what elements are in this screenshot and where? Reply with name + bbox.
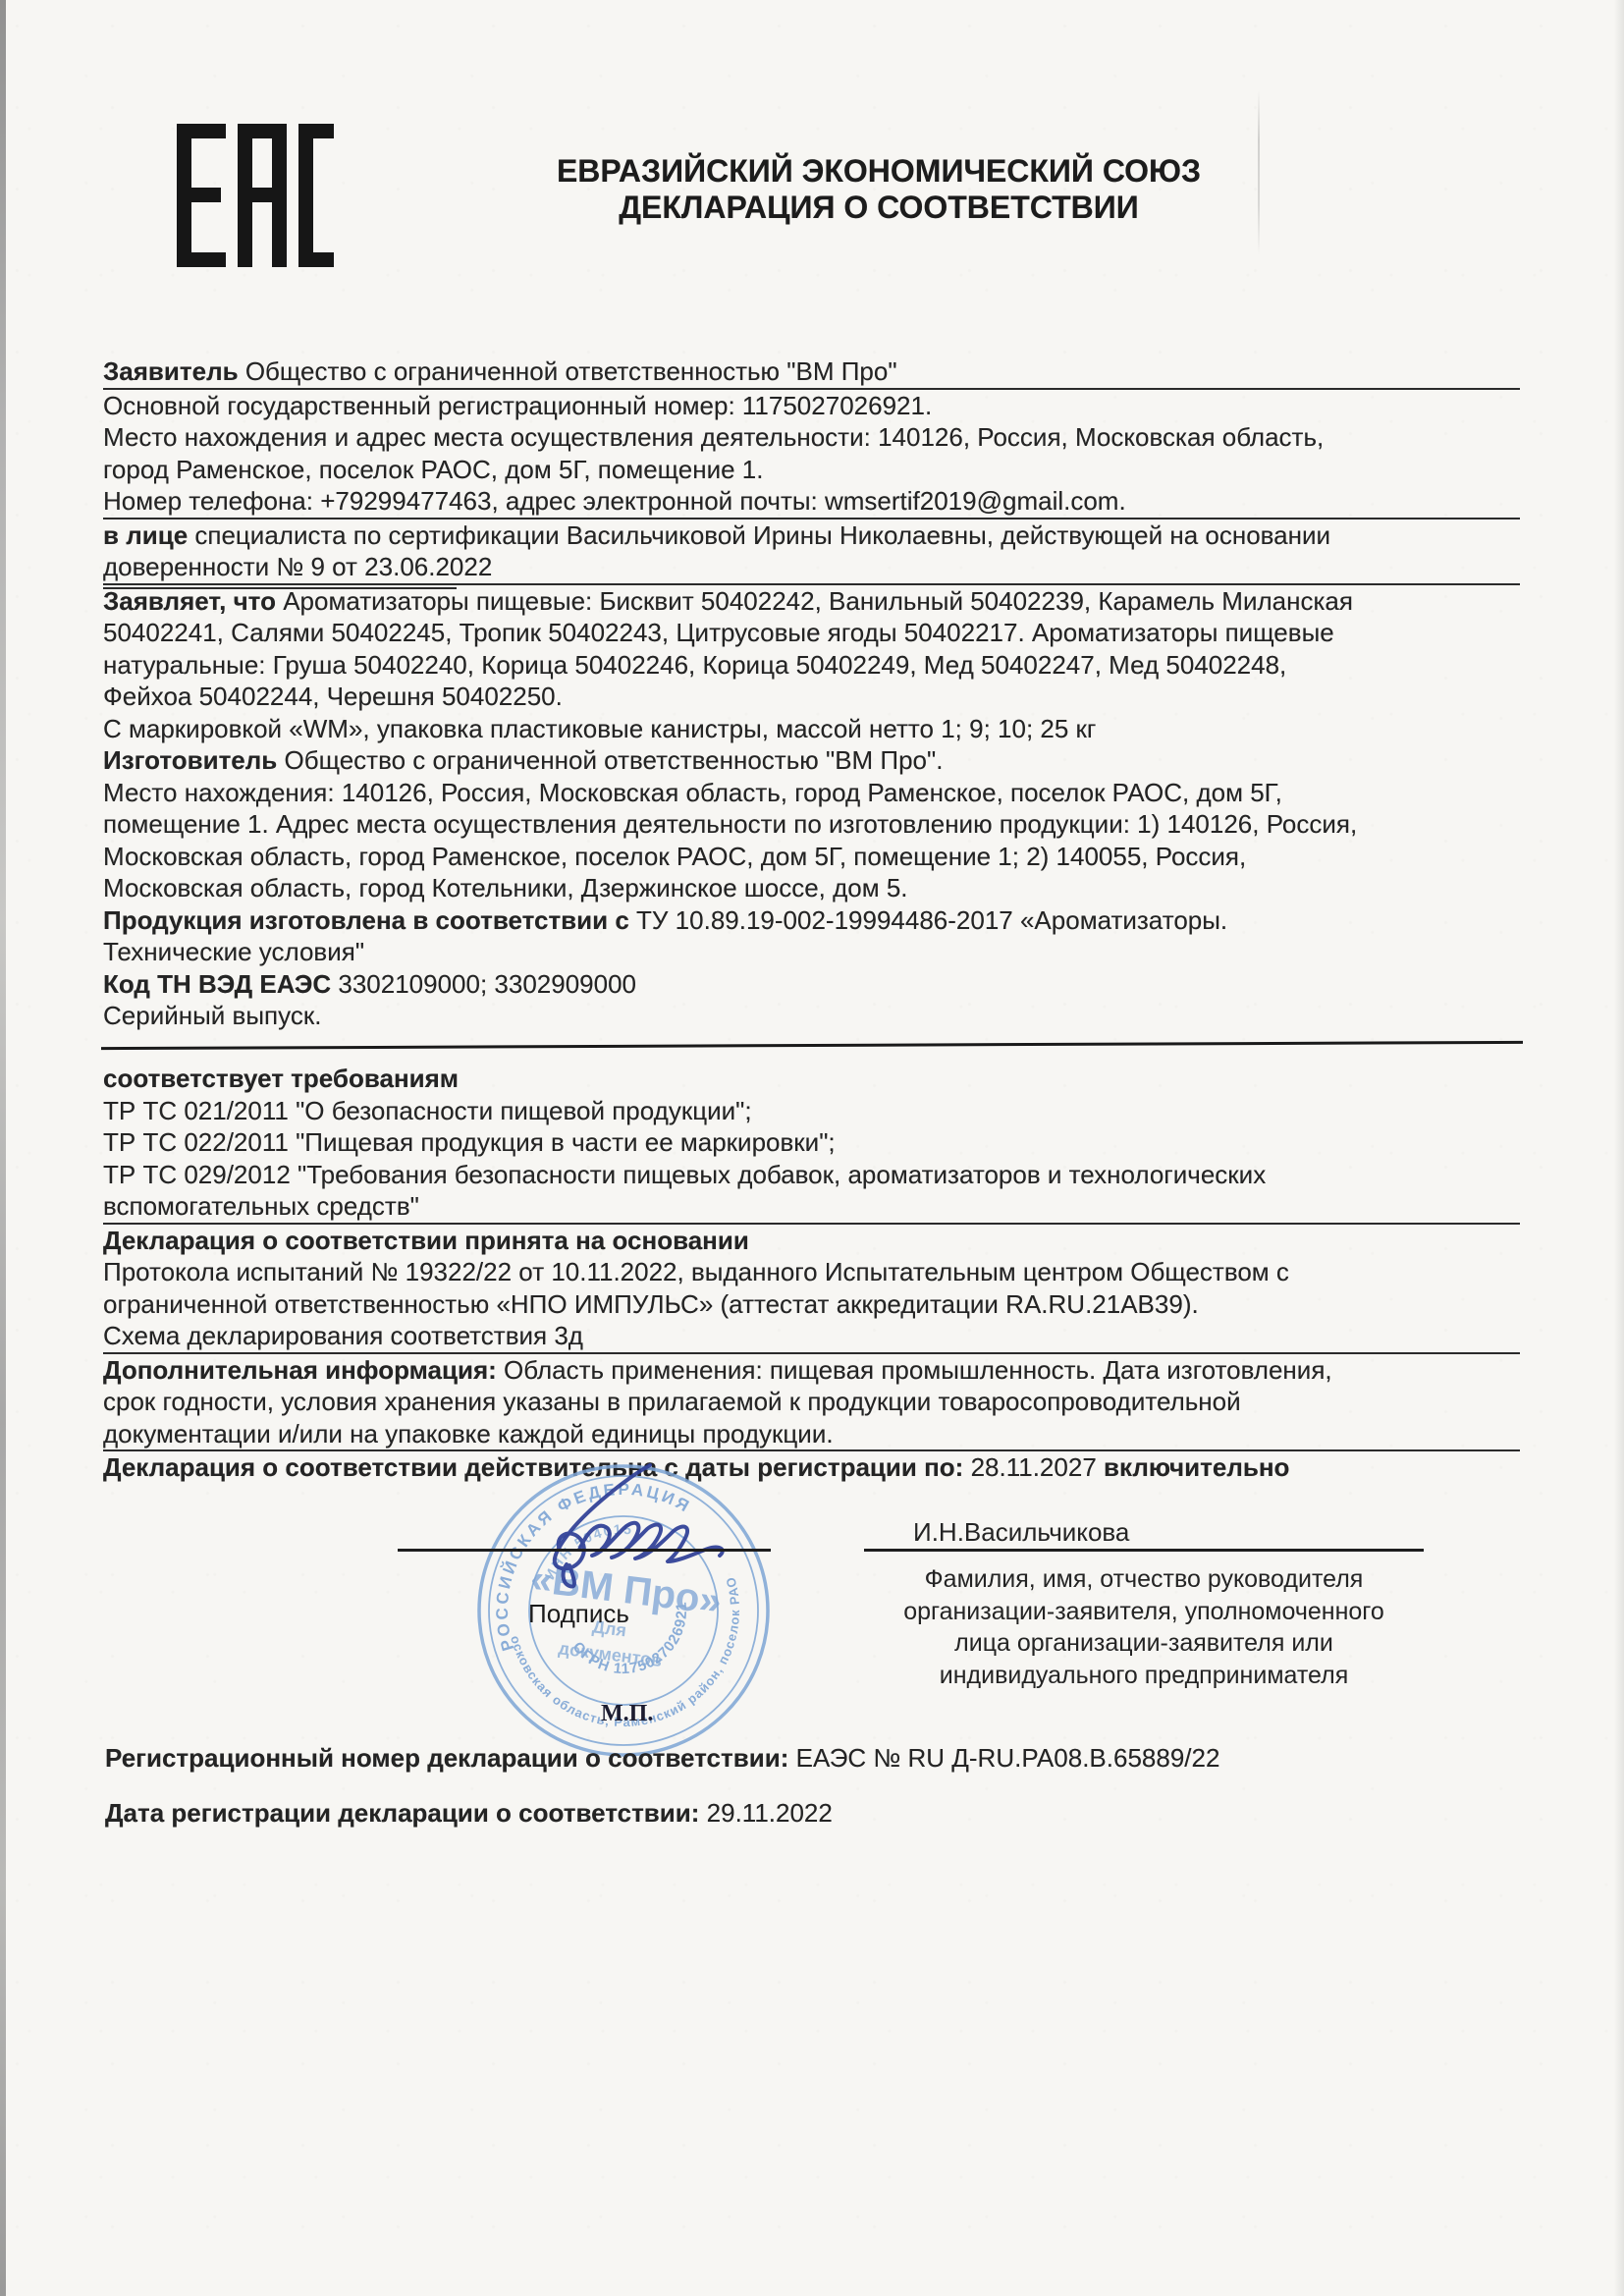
document-body-compliance: соответствует требованиямТР ТС 021/2011 … [103, 1063, 1520, 1484]
registration-date-line: Дата регистрации декларации о соответств… [105, 1798, 833, 1829]
doc-line: Номер телефона: +79299477463, адрес элек… [103, 485, 1520, 519]
doc-underline-fragment [103, 587, 457, 589]
doc-line: Место нахождения и адрес места осуществл… [103, 421, 1520, 454]
name-rule [864, 1549, 1424, 1552]
seal-placeholder-label: М.П. [601, 1701, 653, 1727]
doc-line: Изготовитель Общество с ограниченной отв… [103, 744, 1520, 777]
doc-line-segment: соответствует требованиям [103, 1064, 459, 1093]
doc-line-segment: специалиста по сертификации Васильчиково… [194, 520, 1330, 550]
doc-line-segment: Фейхоа 50402244, Черешня 50402250. [103, 682, 563, 711]
doc-line: Продукция изготовлена в соответствии с Т… [103, 904, 1520, 937]
doc-line: Заявляет, что Ароматизаторы пищевые: Бис… [103, 585, 1520, 618]
doc-line-segment: документации и/или на упаковке каждой ед… [103, 1419, 834, 1449]
header-title-declaration: ДЕКЛАРАЦИЯ О СООТВЕТСТВИИ [486, 190, 1272, 226]
doc-line-segment: в лице [103, 520, 194, 550]
doc-line-segment: Общество с ограниченной ответственностью… [285, 745, 944, 775]
name-caption-line: Фамилия, имя, отчество руководителя [864, 1563, 1424, 1596]
scan-edge-artifact-right [1614, 0, 1624, 2296]
section-separator-line [101, 1041, 1523, 1050]
doc-line: Схема декларирования соответствия 3д [103, 1320, 1520, 1354]
doc-line-segment: город Раменское, поселок РАОС, дом 5Г, п… [103, 455, 763, 484]
registration-number-value: ЕАЭС № RU Д-RU.РА08.В.65889/22 [788, 1743, 1219, 1773]
doc-line-segment: Продукция изготовлена в соответствии с [103, 905, 636, 935]
doc-line-segment: Серийный выпуск. [103, 1001, 321, 1030]
doc-line-segment: Технические условия" [103, 937, 364, 966]
doc-line-segment: 50402241, Салями 50402245, Тропик 504022… [103, 618, 1334, 647]
name-caption-line: организации-заявителя, уполномоченного [864, 1596, 1424, 1628]
registration-date-value: 29.11.2022 [699, 1798, 832, 1828]
eac-logo [177, 124, 334, 267]
doc-line: документации и/или на упаковке каждой ед… [103, 1418, 1520, 1452]
doc-line-segment: Место нахождения и адрес места осуществл… [103, 422, 1324, 452]
doc-line: Основной государственный регистрационный… [103, 390, 1520, 422]
doc-line: вспомогательных средств" [103, 1190, 1520, 1225]
name-caption-line: лица организации-заявителя или [864, 1627, 1424, 1660]
doc-line-segment: ТР ТС 021/2011 "О безопасности пищевой п… [103, 1096, 752, 1125]
scanned-declaration-page: { "header": { "title1": "ЕВРАЗИЙСКИЙ ЭКО… [0, 0, 1624, 2296]
registration-date-label: Дата регистрации декларации о соответств… [105, 1798, 699, 1828]
doc-line-segment: Ароматизаторы пищевые: Бисквит 50402242,… [283, 586, 1353, 616]
doc-line: Протокола испытаний № 19322/22 от 10.11.… [103, 1256, 1520, 1288]
doc-line: срок годности, условия хранения указаны … [103, 1386, 1520, 1418]
doc-line-segment: помещение 1. Адрес места осуществления д… [103, 809, 1357, 839]
doc-line-segment: Номер телефона: +79299477463, адрес элек… [103, 486, 1126, 516]
doc-line: Московская область, город Котельники, Дз… [103, 872, 1520, 904]
signatory-name: И.Н.Васильчикова [913, 1517, 1129, 1548]
scan-edge-artifact-left [0, 0, 6, 2296]
doc-line-segment: Декларация о соответствии принята на осн… [103, 1226, 749, 1255]
doc-line-segment: Общество с ограниченной ответственностью… [245, 356, 897, 386]
registration-number-line: Регистрационный номер декларации о соотв… [105, 1743, 1219, 1774]
doc-line: Место нахождения: 140126, Россия, Москов… [103, 777, 1520, 809]
signature-caption: Подпись [528, 1599, 629, 1629]
doc-line-segment: ограниченной ответственностью «НПО ИМПУЛ… [103, 1289, 1199, 1319]
doc-line: ТР ТС 021/2011 "О безопасности пищевой п… [103, 1095, 1520, 1127]
doc-line-segment: натуральные: Груша 50402240, Корица 5040… [103, 650, 1286, 680]
doc-line-segment: вспомогательных средств" [103, 1191, 419, 1221]
doc-line: Технические условия" [103, 936, 1520, 968]
registration-number-label: Регистрационный номер декларации о соотв… [105, 1743, 788, 1773]
doc-line-segment: Протокола испытаний № 19322/22 от 10.11.… [103, 1257, 1289, 1286]
doc-line-segment: ТР ТС 022/2011 "Пищевая продукция в част… [103, 1127, 836, 1157]
doc-line-segment: Код ТН ВЭД ЕАЭС [103, 969, 338, 999]
doc-line-segment: 28.11.2027 [971, 1452, 1104, 1482]
name-caption-block: Фамилия, имя, отчество руководителя орга… [864, 1563, 1424, 1691]
doc-line-segment: С маркировкой «WM», упаковка пластиковые… [103, 714, 1096, 743]
doc-line-segment: Московская область, город Раменское, пос… [103, 842, 1246, 871]
doc-line: доверенности № 9 от 23.06.2022 [103, 551, 1520, 585]
doc-line-segment: Место нахождения: 140126, Россия, Москов… [103, 778, 1282, 807]
doc-line-segment: ТР ТС 029/2012 "Требования безопасности … [103, 1160, 1266, 1189]
doc-line: ограниченной ответственностью «НПО ИМПУЛ… [103, 1288, 1520, 1321]
doc-line-segment: Область применения: пищевая промышленнос… [504, 1355, 1332, 1385]
doc-line-segment: срок годности, условия хранения указаны … [103, 1387, 1241, 1416]
doc-line-segment: Схема декларирования соответствия 3д [103, 1321, 583, 1350]
doc-line: 50402241, Салями 50402245, Тропик 504022… [103, 617, 1520, 649]
doc-line-segment: Заявляет, что [103, 586, 283, 616]
doc-line: Серийный выпуск. [103, 1000, 1520, 1032]
doc-line-segment: ТУ 10.89.19-002-19994486-2017 «Ароматиза… [636, 905, 1227, 935]
doc-line: в лице специалиста по сертификации Васил… [103, 519, 1520, 552]
doc-line-segment: Дополнительная информация: [103, 1355, 504, 1385]
doc-line: натуральные: Груша 50402240, Корица 5040… [103, 649, 1520, 682]
doc-line: соответствует требованиям [103, 1063, 1520, 1095]
header-title-union: ЕВРАЗИЙСКИЙ ЭКОНОМИЧЕСКИЙ СОЮЗ [486, 153, 1272, 190]
signature [481, 1459, 805, 1592]
doc-line: С маркировкой «WM», упаковка пластиковые… [103, 713, 1520, 745]
name-caption-line: индивидуального предпринимателя [864, 1660, 1424, 1692]
doc-line-segment: Московская область, город Котельники, Дз… [103, 873, 908, 902]
doc-line: ТР ТС 029/2012 "Требования безопасности … [103, 1159, 1520, 1191]
doc-line-segment: Изготовитель [103, 745, 285, 775]
doc-line-segment: Основной государственный регистрационный… [103, 391, 932, 420]
doc-line: Код ТН ВЭД ЕАЭС 3302109000; 3302909000 [103, 968, 1520, 1001]
doc-line: Фейхоа 50402244, Черешня 50402250. [103, 681, 1520, 713]
doc-line: Декларация о соответствии действительна … [103, 1451, 1520, 1484]
doc-line: Московская область, город Раменское, пос… [103, 841, 1520, 873]
doc-line-segment: Заявитель [103, 356, 245, 386]
doc-line: Дополнительная информация: Область приме… [103, 1354, 1520, 1387]
doc-line: город Раменское, поселок РАОС, дом 5Г, п… [103, 454, 1520, 486]
doc-line: Заявитель Общество с ограниченной ответс… [103, 355, 1520, 390]
doc-line-segment: включительно [1104, 1452, 1289, 1482]
signature-rule [398, 1549, 771, 1552]
doc-line: ТР ТС 022/2011 "Пищевая продукция в част… [103, 1126, 1520, 1159]
doc-line-segment: 3302109000; 3302909000 [338, 969, 636, 999]
document-body: Заявитель Общество с ограниченной ответс… [103, 355, 1520, 1032]
doc-line: помещение 1. Адрес места осуществления д… [103, 808, 1520, 841]
document-header: ЕВРАЗИЙСКИЙ ЭКОНОМИЧЕСКИЙ СОЮЗ ДЕКЛАРАЦИ… [486, 153, 1272, 226]
doc-line-segment: доверенности № 9 от 23.06.2022 [103, 552, 492, 581]
doc-line: Декларация о соответствии принята на осн… [103, 1225, 1520, 1257]
